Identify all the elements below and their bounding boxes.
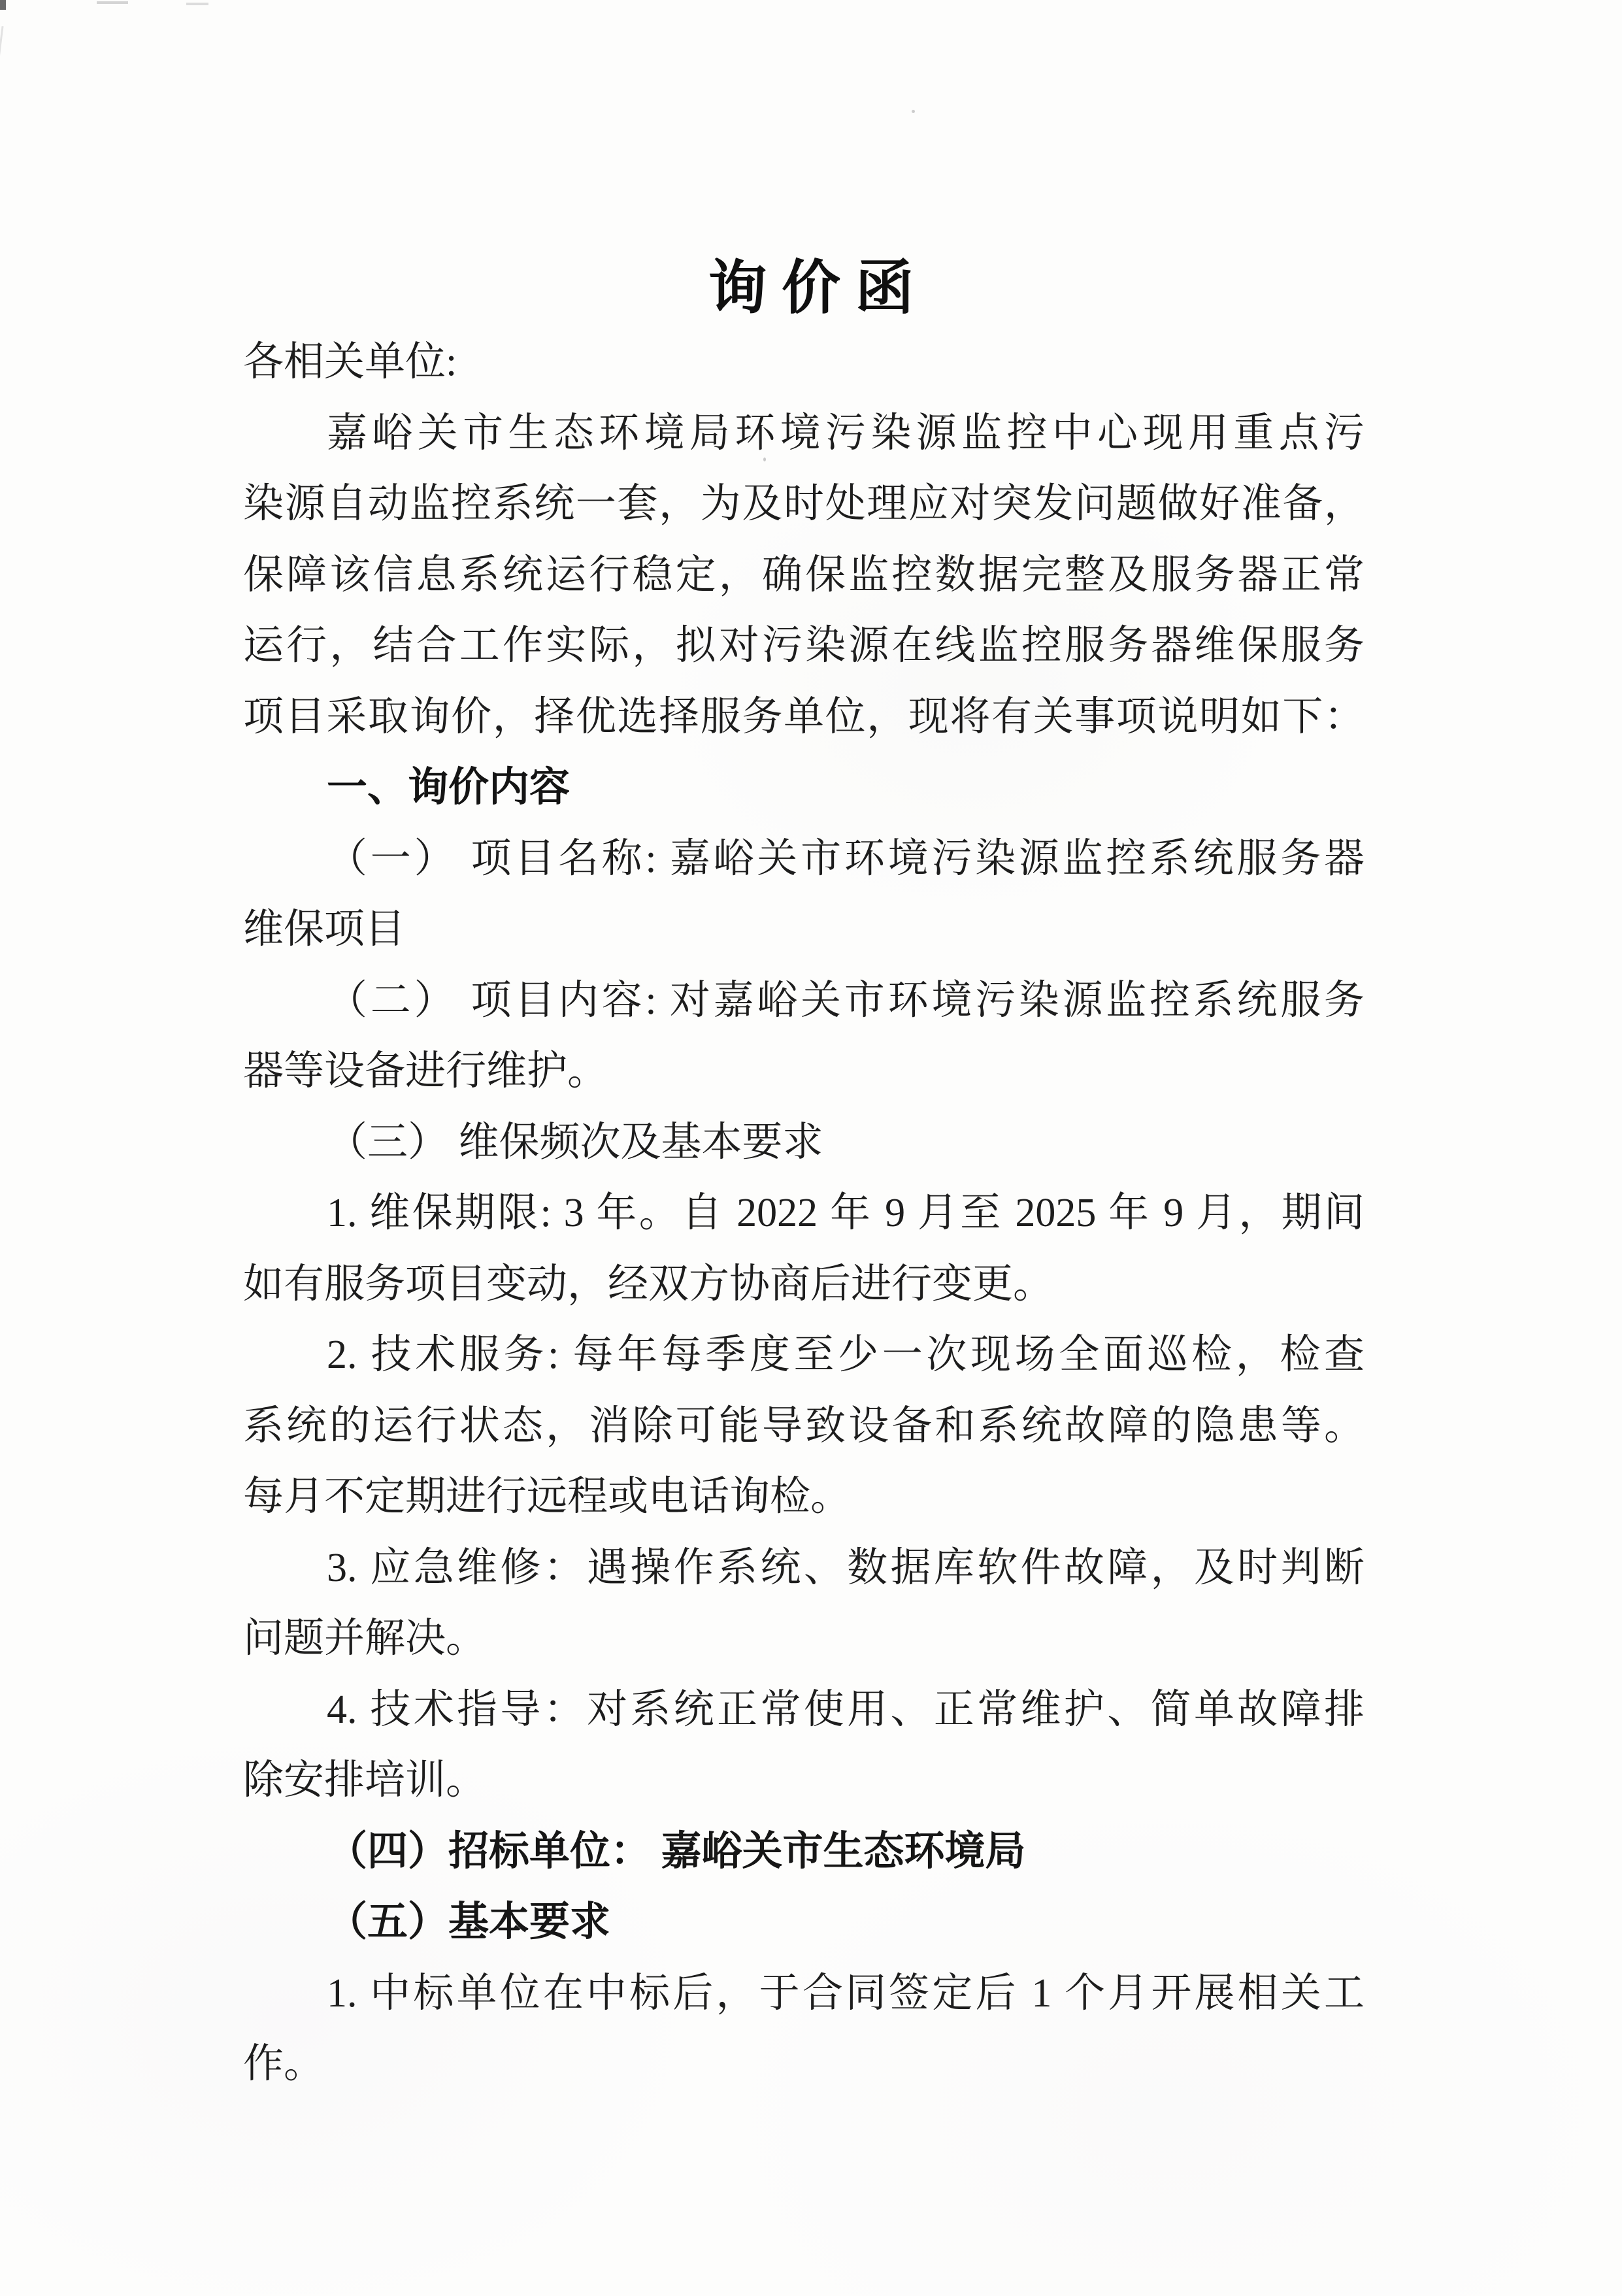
document-line: 维保项目	[243, 894, 1365, 965]
document-line: 2. 技术服务: 每年每季度至少一次现场全面巡检，检查	[243, 1320, 1365, 1391]
document-line: （三） 维保频次及基本要求	[243, 1107, 1365, 1178]
document-line: 3. 应急维修：遇操作系统、数据库软件故障，及时判断	[243, 1533, 1365, 1604]
document-line: （四）招标单位： 嘉峪关市生态环境局	[243, 1816, 1365, 1888]
document-line: 如有服务项目变动，经双方协商后进行变更。	[243, 1249, 1365, 1320]
document-line: 每月不定期进行远程或电话询检。	[243, 1461, 1365, 1533]
document-line: 器等设备进行维护。	[243, 1036, 1365, 1107]
document-line: 保障该信息系统运行稳定，确保监控数据完整及服务器正常	[243, 540, 1365, 611]
scan-edge-artifact	[0, 26, 4, 64]
scan-speck	[912, 110, 915, 113]
document-line: 1. 中标单位在中标后，于合同签定后 1 个月开展相关工	[243, 1958, 1365, 2029]
document-line: 作。	[243, 2029, 1365, 2100]
document-line: （一） 项目名称: 嘉峪关市环境污染源监控系统服务器	[243, 824, 1365, 895]
document-body: 各相关单位:嘉峪关市生态环境局环境污染源监控中心现用重点污染源自动监控系统一套，…	[243, 327, 1365, 2100]
document-line: 运行，结合工作实际，拟对污染源在线监控服务器维保服务	[243, 610, 1365, 682]
scan-corner-mark	[0, 0, 6, 10]
document-line: 问题并解决。	[243, 1603, 1365, 1674]
document-line: 4. 技术指导：对系统正常使用、正常维护、简单故障排	[243, 1674, 1365, 1746]
page-title: 询 价 函	[0, 259, 1622, 319]
document-line: （五）基本要求	[243, 1887, 1365, 1958]
document-line: 除安排培训。	[243, 1745, 1365, 1816]
document-line: 一、询价内容	[243, 752, 1365, 824]
document-line: 项目采取询价，择优选择服务单位，现将有关事项说明如下：	[243, 682, 1365, 753]
document-line: 系统的运行状态，消除可能导致设备和系统故障的隐患等。	[243, 1391, 1365, 1462]
document-line: （二） 项目内容: 对嘉峪关市环境污染源监控系统服务	[243, 965, 1365, 1037]
document-line: 嘉峪关市生态环境局环境污染源监控中心现用重点污	[243, 398, 1365, 469]
scan-speck	[97, 1, 128, 4]
document-line: 1. 维保期限: 3 年。自 2022 年 9 月至 2025 年 9 月，期间	[243, 1178, 1365, 1249]
document-line: 各相关单位:	[243, 327, 1365, 398]
document-page: 询 价 函 各相关单位:嘉峪关市生态环境局环境污染源监控中心现用重点污染源自动监…	[0, 0, 1622, 2296]
document-line: 染源自动监控系统一套，为及时处理应对突发问题做好准备，	[243, 469, 1365, 540]
scan-speck	[186, 3, 208, 5]
